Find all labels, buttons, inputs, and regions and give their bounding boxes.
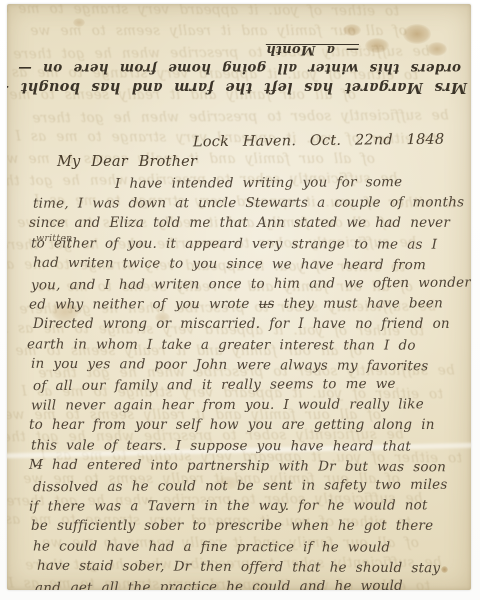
letter-line: M̶ had entered into partnership with Dr … — [29, 456, 446, 475]
letter-line: you, and I had writen once to him and we… — [31, 275, 471, 294]
letter-line: Directed wrong or miscarried. for I have… — [33, 316, 450, 332]
letter-line: be sufficiently sober to prescribe when … — [31, 518, 433, 534]
letter-line: and get all the practice he could and he… — [35, 578, 403, 590]
letter-page: to either of you. it appeard very strang… — [7, 4, 471, 590]
letter-line: had writen twice to you since we have he… — [33, 255, 426, 273]
letter-line: of all our family and it really seems to… — [33, 376, 396, 394]
letter-line: time, I was down at uncle Stewarts a cou… — [33, 195, 464, 212]
letter-line: in you yes and poor John were always my … — [31, 356, 429, 374]
letter-line: ed why neither of you wrote u̶s̶ they mu… — [29, 296, 443, 313]
letter-line: will never again hear from you. I would … — [31, 397, 424, 414]
letter-line: he could have had a fine practice if he … — [33, 538, 390, 555]
letter-line: have staid sober, Dr then offerd that he… — [37, 558, 440, 577]
scanned-letter-photo: to either of you. it appeard very strang… — [0, 0, 480, 600]
letter-line: I have intended writing you for some — [115, 174, 402, 192]
letter-line: this vale of tears. I suppose you have h… — [31, 437, 411, 454]
letter-line: earth in whom I take a greater interest … — [27, 336, 416, 353]
letter-body: I have intended writing you for sometime… — [7, 4, 471, 590]
letter-line: to hear from your self how you are getti… — [29, 417, 435, 433]
letter-line: since and Eliza told me that Ann stated … — [29, 215, 450, 231]
letter-line: to either of you. it appeard very strang… — [31, 235, 437, 252]
letter-line: dissolved as he could not be sent in saf… — [33, 477, 448, 496]
letter-line: if there was a Tavern in the way. for he… — [29, 498, 428, 515]
